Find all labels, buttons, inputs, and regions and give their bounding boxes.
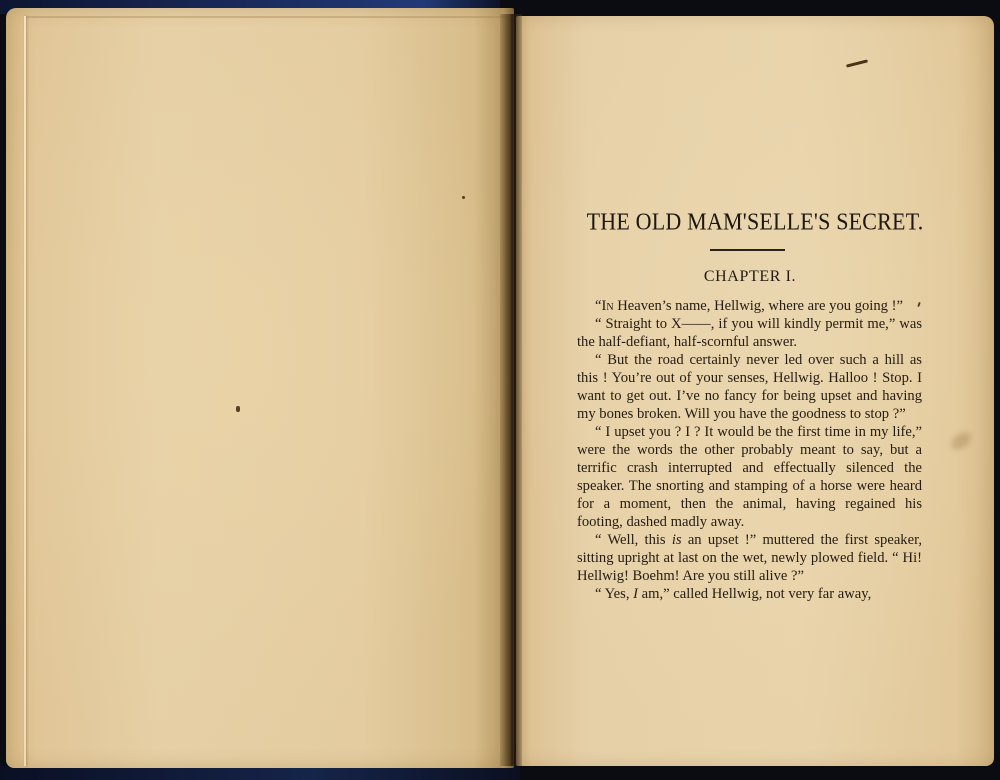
paper-speck xyxy=(236,406,240,412)
paragraph-6: “ Yes, I am,” called Hellwig, not very f… xyxy=(577,585,922,603)
book-scan: THE OLD MAM'SELLE'S SECRET. CHAPTER I. “… xyxy=(0,0,1000,780)
chapter-heading: CHAPTER I. xyxy=(570,268,930,286)
paragraph-1: “In Heaven’s name, Hellwig, where are yo… xyxy=(577,297,922,315)
paper-speck xyxy=(462,196,465,199)
left-page-blank xyxy=(6,8,514,768)
paragraph-5: “ Well, this is an upset !” muttered the… xyxy=(577,531,922,585)
chapter-body-text: “In Heaven’s name, Hellwig, where are yo… xyxy=(577,297,922,603)
book-title: THE OLD MAM'SELLE'S SECRET. xyxy=(570,207,940,236)
paragraph-2: “ Straight to X——, if you will kindly pe… xyxy=(577,315,922,351)
left-page-fold-edge xyxy=(24,16,26,766)
paragraph-4: “ I upset you ? I ? It would be the firs… xyxy=(577,423,922,531)
book-cover-cloth-bottom xyxy=(0,766,520,780)
title-rule-divider xyxy=(710,249,785,251)
paragraph-3: “ But the road certainly never led over … xyxy=(577,351,922,423)
left-page-top-edge xyxy=(26,16,512,18)
book-gutter-shadow xyxy=(500,14,522,766)
